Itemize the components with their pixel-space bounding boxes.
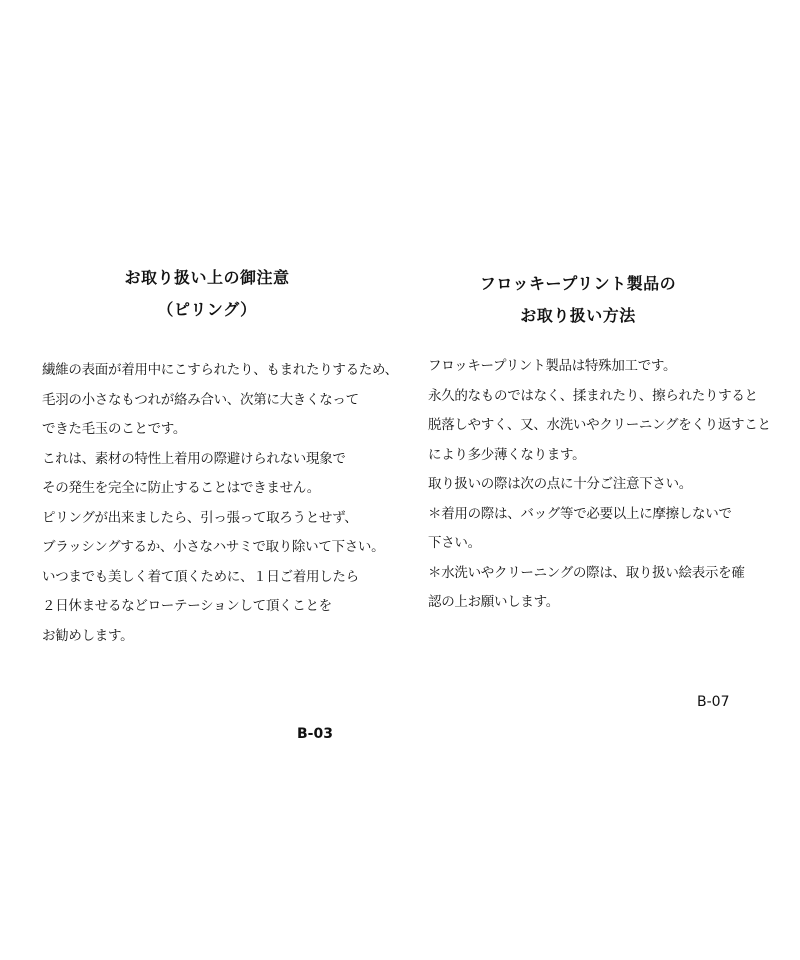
pilling-body-line: ブラッシングするか、小さなハサミで取り除いて下さい。 [42,533,412,563]
flocking-title-line-1: フロッキープリント製品の [428,268,728,300]
pilling-body-line: ２日休ませるなどローテーションして頂くことを [42,592,412,622]
pilling-body-line: 繊維の表面が着用中にこすられたり、もまれたりするため、 [42,356,412,386]
pilling-title-line-2: （ピリング） [42,294,372,326]
pilling-notice-code: B-03 [297,726,333,742]
flocking-body-line: ＊水洗いやクリーニングの際は、取り扱い絵表示を確 [428,559,768,589]
flocking-print-care-notice: フロッキープリント製品の お取り扱い方法 フロッキープリント製品は特殊加工です。… [428,268,768,618]
pilling-title-line-1: お取り扱い上の御注意 [42,262,372,294]
flocking-notice-code: B-07 [697,694,729,710]
flocking-title-line-2: お取り扱い方法 [428,300,728,332]
flocking-body: フロッキープリント製品は特殊加工です。 永久的なものではなく、揉まれたり、擦られ… [428,352,768,618]
pilling-body-line: ピリングが出来ましたら、引っ張って取ろうとせず、 [42,504,412,534]
pilling-body-line: いつまでも美しく着て頂くために、１日ご着用したら [42,563,412,593]
pilling-body-line: その発生を完全に防止することはできません。 [42,474,412,504]
pilling-body-line: お勧めします。 [42,622,412,652]
pilling-care-notice: お取り扱い上の御注意 （ピリング） 繊維の表面が着用中にこすられたり、もまれたり… [42,262,412,651]
flocking-body-line: フロッキープリント製品は特殊加工です。 [428,352,768,382]
pilling-body: 繊維の表面が着用中にこすられたり、もまれたりするため、 毛羽の小さなもつれが絡み… [42,356,412,651]
flocking-body-line: ＊着用の際は、バッグ等で必要以上に摩擦しないで [428,500,768,530]
flocking-body-line: 脱落しやすく、又、水洗いやクリーニングをくり返すこと [428,411,768,441]
flocking-body-line: 取り扱いの際は次の点に十分ご注意下さい。 [428,470,768,500]
pilling-body-line: できた毛玉のことです。 [42,415,412,445]
pilling-body-line: 毛羽の小さなもつれが絡み合い、次第に大きくなって [42,386,412,416]
flocking-body-line: 永久的なものではなく、揉まれたり、擦られたりすると [428,382,768,412]
flocking-body-line: 下さい。 [428,529,768,559]
pilling-body-line: これは、素材の特性上着用の際避けられない現象で [42,445,412,475]
flocking-body-line: により多少薄くなります。 [428,441,768,471]
flocking-body-line: 認の上お願いします。 [428,588,768,618]
